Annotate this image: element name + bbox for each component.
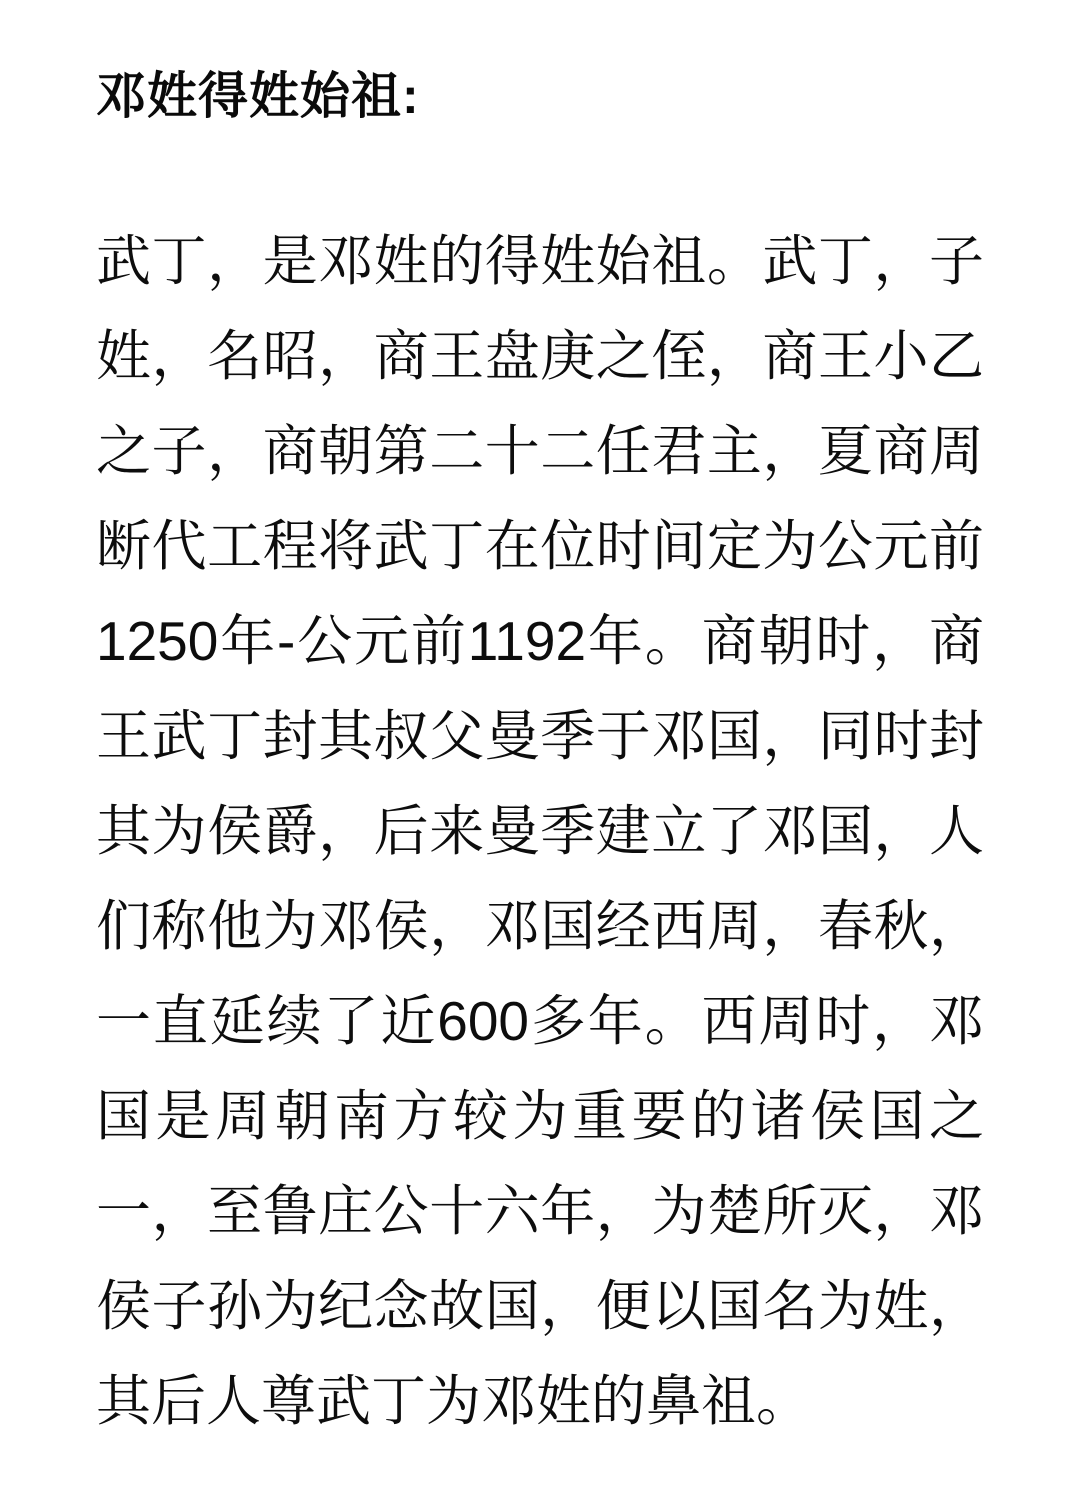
article-page: 邓姓得姓始祖: 武丁，是邓姓的得姓始祖。武丁，子姓，名昭，商王盘庚之侄，商王小乙…: [0, 0, 1080, 1510]
page-title: 邓姓得姓始祖:: [96, 62, 984, 130]
article-body-text: 武丁，是邓姓的得姓始祖。武丁，子姓，名昭，商王盘庚之侄，商王小乙之子，商朝第二十…: [96, 214, 984, 1449]
